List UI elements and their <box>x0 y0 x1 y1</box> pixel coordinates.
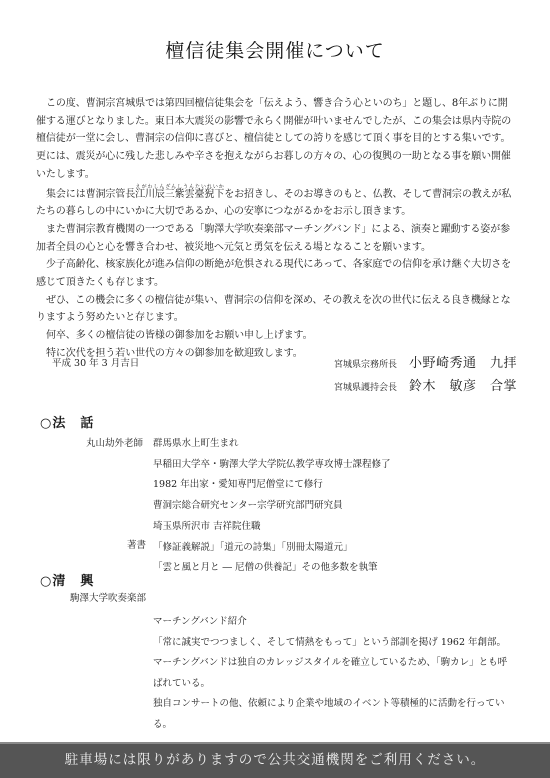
section-heading-seikyo: ○清興 <box>40 570 94 589</box>
band-introduction: マーチングバンド紹介 「常に誠実でつつましく、そして情熱をもって」という部訓を掲… <box>153 612 508 735</box>
profile-line: 1982 年出家・愛知専門尼僧堂にて修行 <box>153 475 391 496</box>
paragraph: 少子高齢化、核家族化が進み信仰の断絶が危惧される現代にあって、各家庭での信仰を承… <box>36 256 516 291</box>
signature-name: 鈴木 敏彦 合掌 <box>409 379 517 394</box>
paragraph: 何卒、多くの檀信徒の皆様の御参加をお願い申し上げます。 <box>36 327 516 345</box>
paragraph-text: 集会には曹洞宗管長 <box>46 189 135 200</box>
books-label: 著書 <box>127 537 146 551</box>
heading-mark: ○法 <box>40 416 66 431</box>
books-line: 「雲と風と月と ― 尼僧の供養記」その他多数を執筆 <box>153 558 391 579</box>
signature-line: 宮城県護持会長鈴木 敏彦 合掌 <box>334 375 517 394</box>
flyer-page: 檀信徒集会開催について この度、曹洞宗宮城県では第四回檀信徒集会を「伝えよう、響… <box>0 0 550 778</box>
paragraph: この度、曹洞宗宮城県では第四回檀信徒集会を「伝えよう、響き合う心といのち」と題し… <box>36 95 516 184</box>
heading-mark: ○清 <box>40 574 66 589</box>
signature-role: 宮城県護持会長 <box>334 380 409 393</box>
paragraph: また曹洞宗教育機関の一つである「駒澤大学吹奏楽部マーチングバンド」による、演奏と… <box>36 221 516 256</box>
heading-text: 興 <box>80 574 94 589</box>
signature-role: 宮城県宗務所長 <box>334 357 409 370</box>
intro-line: マーチングバンドは独自のカレッジスタイルを確立しているため、「駒カレ」とも呼ばれ… <box>153 653 508 694</box>
signature-name: 小野崎秀通 九拝 <box>409 356 517 371</box>
heading-text: 話 <box>80 416 94 431</box>
profile-line: 群馬県水上町生まれ <box>153 434 391 455</box>
performer-organization: 駒澤大学吹奏楽部 <box>70 590 146 604</box>
signature-line: 宮城県宗務所長小野崎秀通 九拝 <box>334 352 517 371</box>
paragraph: ぜひ、この機会に多くの檀信徒が集い、曹洞宗の信仰を深め、その教えを次の世代に伝え… <box>36 292 516 327</box>
intro-title: マーチングバンド紹介 <box>153 612 508 633</box>
paragraph: 集会には曹洞宗管長江川辰三紫雲臺猊下えがわしんざんしうんたいれいかをお招きし、そ… <box>36 184 516 221</box>
profile-line: 早稲田大学卒・駒澤大学大学院仏教学専攻博士課程修了 <box>153 455 391 476</box>
intro-line: 独自コンサートの他、依頼により企業や地域のイベント等積極的に活動を行っている。 <box>153 694 508 735</box>
section-heading-howa: ○法話 <box>40 412 94 431</box>
page-title: 檀信徒集会開催について <box>0 36 550 63</box>
intro-line: 「常に誠実でつつましく、そして情熱をもって」という部訓を掲げ 1962 年創部。 <box>153 633 508 654</box>
ruby-reading: えがわしんざんしうんたいれいか <box>135 184 224 190</box>
speaker-profile: 群馬県水上町生まれ 早稲田大学卒・駒澤大学大学院仏教学専攻博士課程修了 1982… <box>153 434 391 579</box>
intro-body: この度、曹洞宗宮城県では第四回檀信徒集会を「伝えよう、響き合う心といのち」と題し… <box>36 95 516 363</box>
speaker-name: 丸山劫外老師 <box>86 434 143 455</box>
parking-notice-text: 駐車場には限りがありますので公共交通機関をご利用ください。 <box>65 752 486 768</box>
ruby-name: 江川辰三紫雲臺猊下えがわしんざんしうんたいれいか <box>135 189 224 200</box>
profile-line: 埼玉県所沢市 吉祥院住職 <box>153 517 391 538</box>
ruby-base: 江川辰三紫雲臺猊下 <box>135 189 224 200</box>
issue-date: 平成 30 年 3 月吉日 <box>52 355 139 369</box>
profile-line: 曹洞宗総合研究センター宗学研究部門研究員 <box>153 496 391 517</box>
parking-notice-bar: 駐車場には限りがありますので公共交通機関をご利用ください。 <box>0 742 550 778</box>
books-line: 「修証義解説」「道元の詩集」「別冊太陽道元」 <box>153 538 391 559</box>
